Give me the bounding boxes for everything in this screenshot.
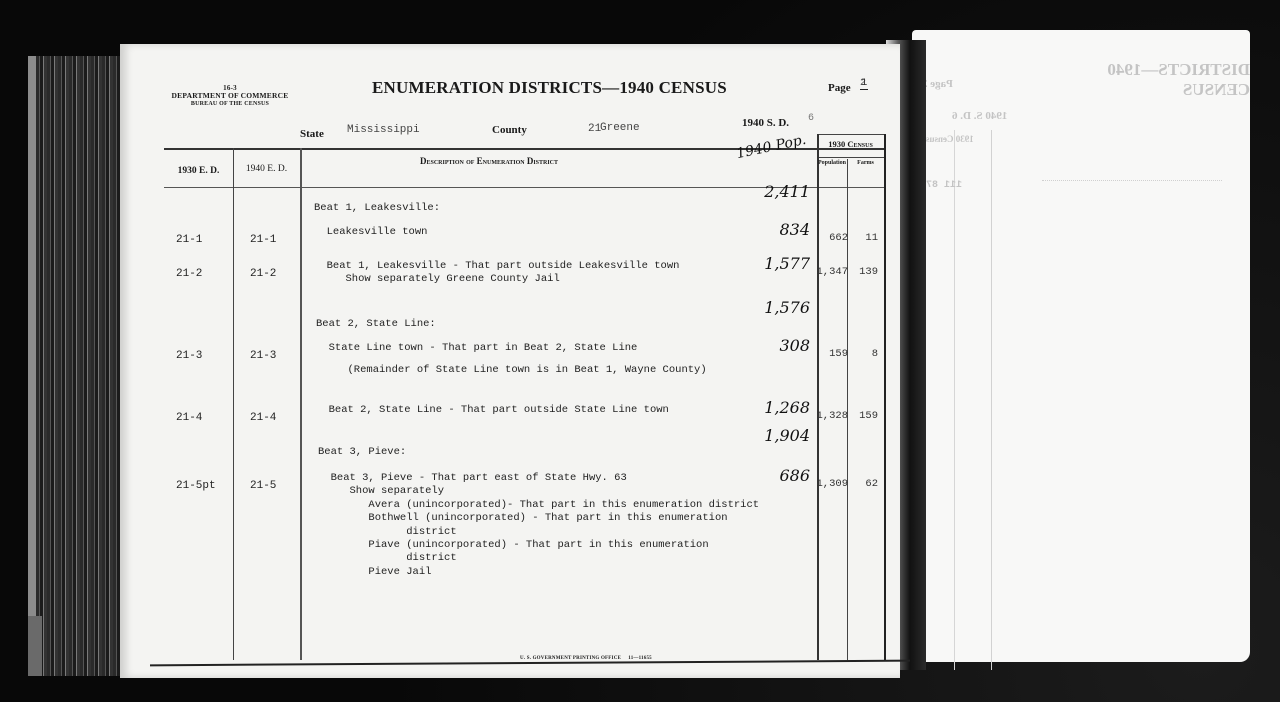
ed-1940: 21-4 <box>250 412 276 424</box>
ghost-row <box>1042 180 1222 181</box>
header-1930-census: 1930 Census <box>817 139 884 149</box>
ghost-values: 111 876 <box>920 180 962 191</box>
column-divider <box>233 148 234 660</box>
page-number: 1 2 <box>860 78 866 89</box>
page-current: 1 <box>860 78 868 90</box>
header-population: Population <box>817 160 847 166</box>
imprint-text: U. S. GOVERNMENT PRINTING OFFICE <box>520 656 621 661</box>
state-value: Mississippi <box>347 124 420 136</box>
census-subheader-rule <box>817 157 884 158</box>
page-label: Page <box>828 82 851 94</box>
census-page: 16-3 DEPARTMENT OF COMMERCE BUREAU OF TH… <box>120 44 900 678</box>
header-description: Description of Enumeration District <box>420 156 558 166</box>
header-1940-ed: 1940 E. D. <box>233 164 300 174</box>
population-1930: 1,328 <box>810 410 848 422</box>
farms-1930: 8 <box>848 348 878 360</box>
district-description: Beat 3, Pieve - That part east of State … <box>318 472 759 579</box>
district-description: Beat 1, Leakesville - That part outside … <box>314 260 679 287</box>
ed-1930: 21-3 <box>176 350 202 362</box>
ed-1930: 21-2 <box>176 268 202 280</box>
farms-1930: 159 <box>848 410 878 422</box>
ghost-sd: 1940 S. D. 6 <box>952 110 1007 122</box>
farms-1930: 139 <box>848 266 878 278</box>
ghost-page-label: Page 2 <box>922 78 953 90</box>
population-1930: 1,347 <box>810 266 848 278</box>
sd-value: 6 <box>808 113 814 124</box>
state-label: State <box>300 128 324 140</box>
handwritten-1940-pop: 1,576 <box>730 298 810 317</box>
district-description: Leakesville town <box>314 226 427 239</box>
department-block: 16-3 DEPARTMENT OF COMMERCE BUREAU OF TH… <box>160 84 300 108</box>
ed-1930: 21-1 <box>176 234 202 246</box>
department-name: DEPARTMENT OF COMMERCE <box>160 92 300 100</box>
ghost-census-box <box>918 130 992 670</box>
district-description: (Remainder of State Line town is in Beat… <box>316 364 707 377</box>
ghost-title: DISTRICTS—1940 CENSUS <box>1072 60 1250 100</box>
population-1930: 1,309 <box>810 478 848 490</box>
printer-imprint: U. S. GOVERNMENT PRINTING OFFICE 11—1165… <box>520 656 652 661</box>
census-box-top <box>817 134 884 135</box>
column-divider <box>884 134 886 660</box>
column-divider <box>300 148 302 660</box>
right-page: DISTRICTS—1940 CENSUS Page 2 1940 S. D. … <box>912 30 1250 662</box>
county-label: County <box>492 124 527 136</box>
population-1930: 159 <box>810 348 848 360</box>
farms-1930: 62 <box>848 478 878 490</box>
district-description: Beat 1, Leakesville: <box>314 202 440 215</box>
ed-1940: 21-1 <box>250 234 276 246</box>
district-description: Beat 3, Pieve: <box>318 446 406 459</box>
handwritten-1940-pop: 308 <box>730 336 810 355</box>
column-divider <box>817 134 819 660</box>
handwritten-1940-pop: 1,577 <box>730 254 810 273</box>
handwritten-1940-pop: 834 <box>730 220 810 239</box>
ed-1930: 21-5pt <box>176 480 216 492</box>
ed-1940: 21-5 <box>250 480 276 492</box>
ed-1940: 21-3 <box>250 350 276 362</box>
imprint-code: 11—11655 <box>628 656 652 661</box>
county-value: Greene <box>600 122 640 134</box>
header-1930-ed: 1930 E. D. <box>164 166 233 176</box>
handwritten-1940-pop: 1,904 <box>730 426 810 445</box>
sd-label: 1940 S. D. <box>742 117 789 129</box>
ed-1930: 21-4 <box>176 412 202 424</box>
handwritten-1940-pop: 686 <box>730 466 810 485</box>
handwritten-1940-pop: 1,268 <box>730 398 810 417</box>
header-handwritten-pop: 1940 Pop. <box>735 133 807 162</box>
bureau-name: BUREAU OF THE CENSUS <box>160 100 300 108</box>
population-1930: 662 <box>810 232 848 244</box>
district-description: State Line town - That part in Beat 2, S… <box>316 342 637 355</box>
handwritten-1940-pop: 2,411 <box>730 182 810 201</box>
ed-1940: 21-2 <box>250 268 276 280</box>
district-description: Beat 2, State Line - That part outside S… <box>316 404 669 417</box>
page-title: ENUMERATION DISTRICTS—1940 CENSUS <box>372 78 727 98</box>
district-description: Beat 2, State Line: <box>316 318 436 331</box>
header-farms: Farms <box>847 160 884 166</box>
ghost-census-header: 1930 Census <box>926 134 974 144</box>
farms-1930: 11 <box>848 232 878 244</box>
